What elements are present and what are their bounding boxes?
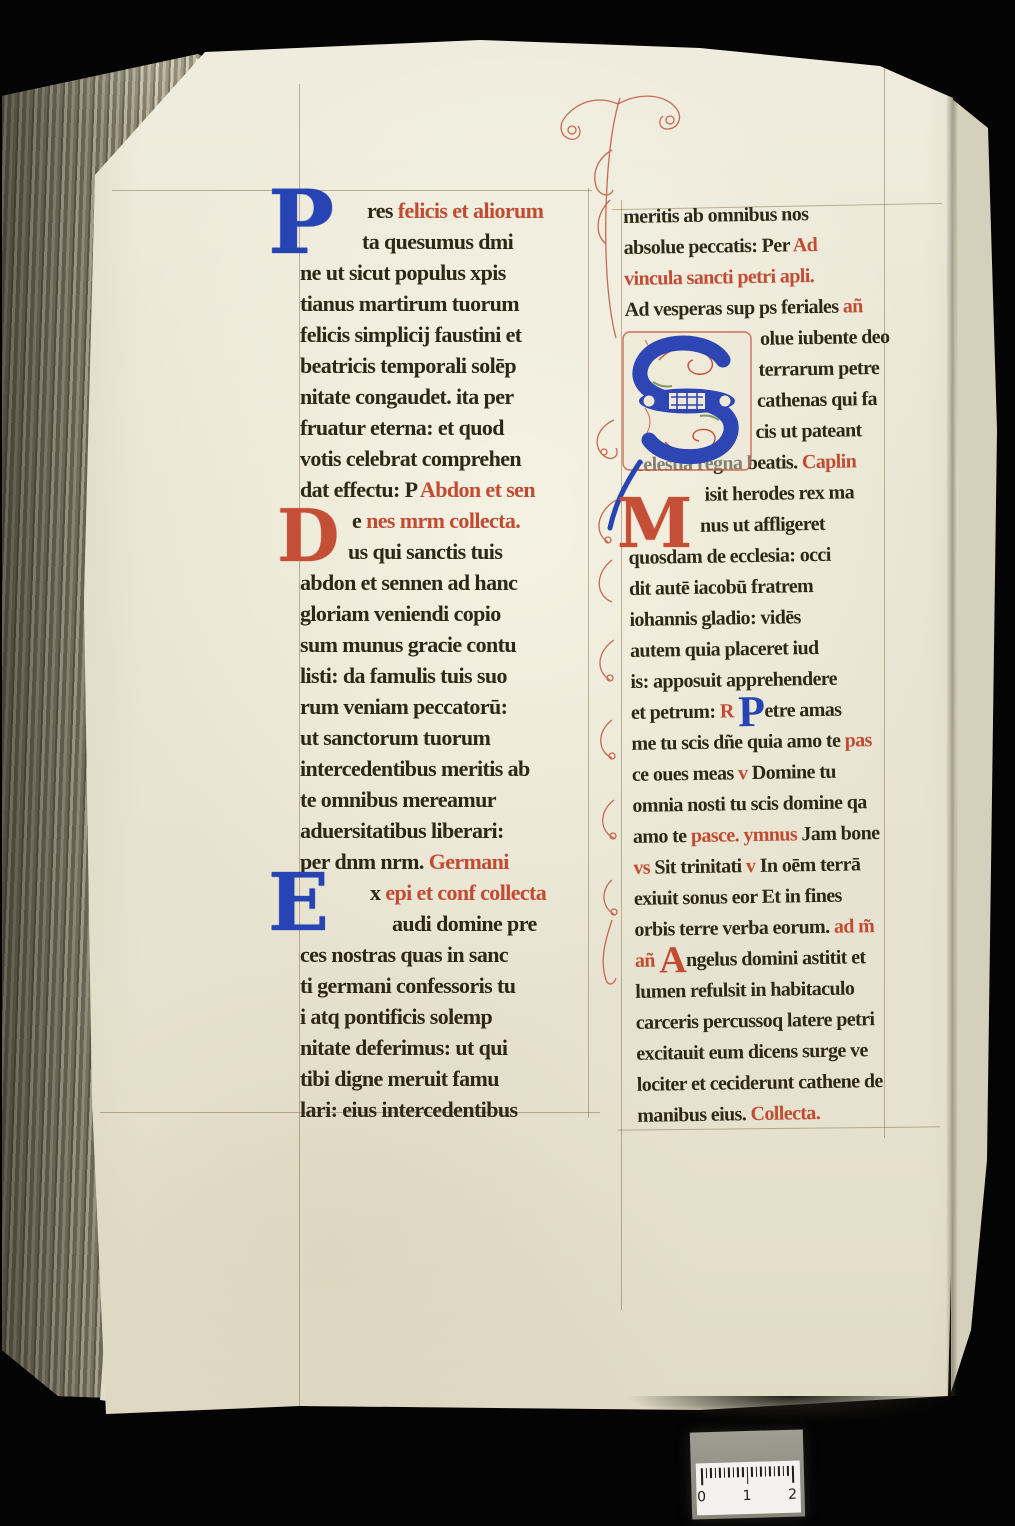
text-line: sum munus gracie contu bbox=[300, 634, 516, 656]
text-line: rum veniam peccatorū: bbox=[300, 696, 507, 718]
body-text: tianus martirum tuorum bbox=[300, 291, 519, 316]
gutter-fold-shadow bbox=[946, 96, 958, 1396]
text-line: lari: eius intercedentibus bbox=[300, 1099, 517, 1121]
body-text: te omnibus mereamur bbox=[300, 787, 496, 812]
rubric-text: añ bbox=[635, 950, 660, 972]
scale-card: 012 bbox=[690, 1429, 805, 1519]
text-line: aduersitatibus liberari: bbox=[300, 820, 504, 842]
body-text: listi: da famulis tuis suo bbox=[300, 663, 507, 688]
text-line: tibi digne meruit famu bbox=[300, 1068, 499, 1090]
body-text: cathenas qui fa bbox=[757, 388, 877, 412]
rubric-text: Ad bbox=[793, 234, 818, 256]
body-text: iohannis gladio: vidēs bbox=[629, 606, 801, 631]
body-text: ta quesumus dmi bbox=[362, 229, 513, 254]
ruler-minor-tick bbox=[733, 1467, 735, 1477]
body-text: Jam bone bbox=[801, 822, 879, 845]
ruler-number: 1 bbox=[740, 1488, 754, 1504]
body-text: et petrum: bbox=[631, 701, 720, 724]
body-text: tibi digne meruit famu bbox=[300, 1066, 499, 1091]
text-line: ces nostras quas in sanc bbox=[300, 944, 508, 966]
body-text: intercedentibus meritis ab bbox=[300, 756, 530, 781]
text-line: exiuit sonus eor Et in fines bbox=[634, 886, 842, 909]
ruler-number: 2 bbox=[785, 1487, 799, 1503]
body-text: nitate deferimus: ut qui bbox=[300, 1035, 507, 1060]
body-text: is: apposuit apprehendere bbox=[630, 668, 837, 693]
body-text: sum munus gracie contu bbox=[300, 632, 516, 657]
manuscript-page: res felicis et aliorumta quesumus dmine … bbox=[0, 0, 1015, 1526]
text-line: excitauit eum dicens surge ve bbox=[636, 1040, 868, 1064]
body-text: Sit trinitati bbox=[654, 855, 746, 878]
body-text: omnia nosti tu scis domine qa bbox=[632, 791, 867, 817]
ruler-minor-tick bbox=[710, 1468, 712, 1478]
text-line: me tu scis dñe quia amo te pas bbox=[631, 730, 872, 754]
body-text: autem quia placeret iud bbox=[630, 637, 819, 662]
text-line: autem quia placeret iud bbox=[630, 638, 819, 661]
rubric-text: Collecta. bbox=[750, 1102, 820, 1125]
text-line: meritis ab omnibus nos bbox=[623, 204, 808, 227]
body-text: rum veniam peccatorū: bbox=[300, 694, 507, 719]
body-text: ti germani confessoris tu bbox=[300, 973, 515, 998]
body-text: In oēm terrā bbox=[760, 853, 861, 877]
body-text: aduersitatibus liberari: bbox=[300, 818, 504, 843]
ruler-minor-tick bbox=[783, 1466, 785, 1476]
body-text: fruatur eterna: et quod bbox=[300, 415, 504, 440]
text-line: carceris percussoq latere petri bbox=[636, 1009, 875, 1033]
text-line: et petrum: R Petre amas bbox=[631, 700, 842, 723]
ruler-minor-tick bbox=[724, 1468, 726, 1478]
text-line: ce oues meas v Domine tu bbox=[632, 762, 836, 785]
body-text: Ad vesperas sup ps feriales bbox=[624, 296, 843, 321]
illuminated-initial-P: P bbox=[268, 186, 334, 258]
illuminated-initial-D: D bbox=[277, 506, 339, 565]
text-line: ut sanctorum tuorum bbox=[300, 727, 490, 749]
text-line: felicis simplicij faustini et bbox=[300, 324, 522, 346]
text-line: vs Sit trinitati v In oēm terrā bbox=[633, 854, 860, 878]
text-column-left: res felicis et aliorumta quesumus dmine … bbox=[300, 200, 592, 1130]
ruler-major-tick bbox=[746, 1467, 748, 1484]
body-text: P bbox=[738, 687, 765, 736]
body-text: manibus eius. bbox=[637, 1103, 751, 1127]
rubric-text: vincula sancti petri apli. bbox=[624, 265, 814, 290]
ruler-major-tick bbox=[701, 1468, 703, 1485]
text-line: absolue peccatis: Per Ad bbox=[623, 235, 817, 258]
text-line: audi domine pre bbox=[300, 913, 537, 935]
body-text: votis celebrat comprehen bbox=[300, 446, 521, 471]
text-line: per dnm nrm. Germani bbox=[300, 851, 509, 873]
ruler-minor-tick bbox=[764, 1466, 766, 1476]
text-line: intercedentibus meritis ab bbox=[300, 758, 530, 780]
ruler-minor-tick bbox=[737, 1467, 739, 1477]
text-line: vincula sancti petri apli. bbox=[624, 266, 814, 289]
rubric-text: R bbox=[720, 700, 739, 722]
text-line: fruatur eterna: et quod bbox=[300, 417, 504, 439]
text-line: añ Angelus domini astitit et bbox=[635, 947, 866, 971]
body-text: isit herodes rex ma bbox=[704, 481, 854, 505]
text-line: nitate deferimus: ut qui bbox=[300, 1037, 507, 1059]
body-text: excitauit eum dicens surge ve bbox=[636, 1039, 868, 1065]
body-text: terrarum petre bbox=[758, 357, 879, 381]
rubric-text: pas bbox=[844, 729, 871, 751]
body-text: absolue peccatis: Per bbox=[623, 234, 793, 259]
text-line: ti germani confessoris tu bbox=[300, 975, 515, 997]
body-text: exiuit sonus eor Et in fines bbox=[634, 885, 842, 910]
rubric-text: Caplin bbox=[802, 450, 857, 473]
body-text: etre amas bbox=[764, 699, 841, 722]
body-text: gloriam veniendi copio bbox=[300, 601, 501, 626]
ruler-minor-tick bbox=[769, 1466, 771, 1476]
body-text: lumen refulsit in habitaculo bbox=[635, 977, 854, 1002]
text-line: omnia nosti tu scis domine qa bbox=[632, 792, 867, 816]
rubric-text: nes mrm collecta. bbox=[366, 508, 520, 533]
body-text: carceris percussoq latere petri bbox=[636, 1008, 875, 1034]
rubric-text: epi et conf collecta bbox=[385, 880, 546, 905]
rubric-text: Germani bbox=[429, 849, 509, 874]
text-line: i atq pontificis solemp bbox=[300, 1006, 492, 1028]
rubric-text: felicis et aliorum bbox=[398, 198, 544, 223]
body-text: meritis ab omnibus nos bbox=[623, 203, 808, 228]
text-line: amo te pasce. ymnus Jam bone bbox=[633, 823, 880, 847]
ruler-minor-tick bbox=[787, 1466, 789, 1476]
text-line: res felicis et aliorum bbox=[300, 200, 543, 222]
text-line: gloriam veniendi copio bbox=[300, 603, 501, 625]
rubric-text: v bbox=[738, 762, 752, 784]
body-text: i atq pontificis solemp bbox=[300, 1004, 492, 1029]
body-text: audi domine pre bbox=[392, 911, 537, 936]
ruler-minor-tick bbox=[705, 1468, 707, 1478]
rubric-text: Abdon et sen bbox=[420, 477, 535, 502]
body-text: beatricis temporali solēp bbox=[300, 353, 516, 378]
text-line: lumen refulsit in habitaculo bbox=[635, 978, 854, 1001]
body-text: Domine tu bbox=[752, 761, 836, 784]
ruler-minor-tick bbox=[742, 1467, 744, 1477]
initial-S-artwork bbox=[621, 330, 753, 472]
body-text: cis ut pateant bbox=[755, 419, 861, 443]
text-line: Ad vesperas sup ps feriales añ bbox=[624, 296, 862, 320]
ruler-minor-tick bbox=[719, 1468, 721, 1478]
body-text: A bbox=[659, 939, 687, 981]
page-bottom-shadow bbox=[620, 1396, 960, 1430]
rubric-text: ymnus bbox=[743, 823, 801, 846]
body-text: lociter et ceciderunt cathene de bbox=[637, 1070, 883, 1096]
body-text: me tu scis dñe quia amo te bbox=[631, 730, 845, 755]
body-text: nus ut affligeret bbox=[700, 513, 825, 537]
body-text: nitate congaudet. ita per bbox=[300, 384, 514, 409]
ruler-minor-tick bbox=[755, 1467, 757, 1477]
body-text: ce oues meas bbox=[632, 762, 738, 786]
body-text: lari: eius intercedentibus bbox=[300, 1097, 517, 1122]
decorated-initial-S bbox=[621, 330, 753, 472]
text-line: dit autē iacobū fratrem bbox=[629, 576, 813, 599]
text-line: orbis terre verba eorum. ad m̃ bbox=[634, 916, 874, 940]
text-line: manibus eius. Collecta. bbox=[637, 1103, 820, 1126]
text-line: te omnibus mereamur bbox=[300, 789, 496, 811]
cm-ruler: 012 bbox=[696, 1461, 801, 1516]
text-line: tianus martirum tuorum bbox=[300, 293, 519, 315]
ruler-number: 0 bbox=[694, 1489, 708, 1505]
body-text: orbis terre verba eorum. bbox=[634, 916, 834, 941]
text-line: listi: da famulis tuis suo bbox=[300, 665, 507, 687]
rubric-text: ad m̃ bbox=[834, 915, 875, 938]
ruler-minor-tick bbox=[760, 1467, 762, 1477]
body-text: us qui sanctis tuis bbox=[348, 539, 502, 564]
ruler-minor-tick bbox=[728, 1467, 730, 1477]
body-text: amo te bbox=[633, 825, 691, 848]
ruler-minor-tick bbox=[774, 1466, 776, 1476]
ruler-minor-tick bbox=[751, 1467, 753, 1477]
body-text: dit autē iacobū fratrem bbox=[629, 575, 813, 600]
text-line: x epi et conf collecta bbox=[300, 882, 546, 904]
ruler-minor-tick bbox=[714, 1468, 716, 1478]
text-line: is: apposuit apprehendere bbox=[630, 669, 837, 692]
rubric-text: v bbox=[746, 855, 760, 877]
ruling-line-top-left bbox=[112, 190, 592, 191]
rubric-text: vs bbox=[633, 857, 654, 879]
body-text: ngelus domini astitit et bbox=[686, 946, 866, 971]
body-text: res bbox=[367, 198, 398, 223]
text-line: iohannis gladio: vidēs bbox=[629, 607, 801, 630]
text-line: votis celebrat comprehen bbox=[300, 448, 521, 470]
rubric-text: pasce. bbox=[691, 824, 744, 847]
body-text: x bbox=[370, 880, 385, 905]
body-text: felicis simplicij faustini et bbox=[300, 322, 522, 347]
illuminated-initial-M: M bbox=[617, 497, 692, 553]
body-text: ut sanctorum tuorum bbox=[300, 725, 490, 750]
ruler-major-tick bbox=[792, 1466, 794, 1483]
body-text: ces nostras quas in sanc bbox=[300, 942, 508, 967]
text-line: nitate congaudet. ita per bbox=[300, 386, 514, 408]
text-line: lociter et ceciderunt cathene de bbox=[637, 1071, 883, 1095]
ruler-minor-tick bbox=[778, 1466, 780, 1476]
body-text: olue iubente deo bbox=[760, 326, 890, 350]
text-line: beatricis temporali solēp bbox=[300, 355, 516, 377]
manuscript-photograph: res felicis et aliorumta quesumus dmine … bbox=[0, 0, 1015, 1526]
illuminated-initial-E: E bbox=[268, 870, 329, 936]
rubric-text: añ bbox=[843, 295, 863, 317]
body-text: e bbox=[352, 508, 366, 533]
